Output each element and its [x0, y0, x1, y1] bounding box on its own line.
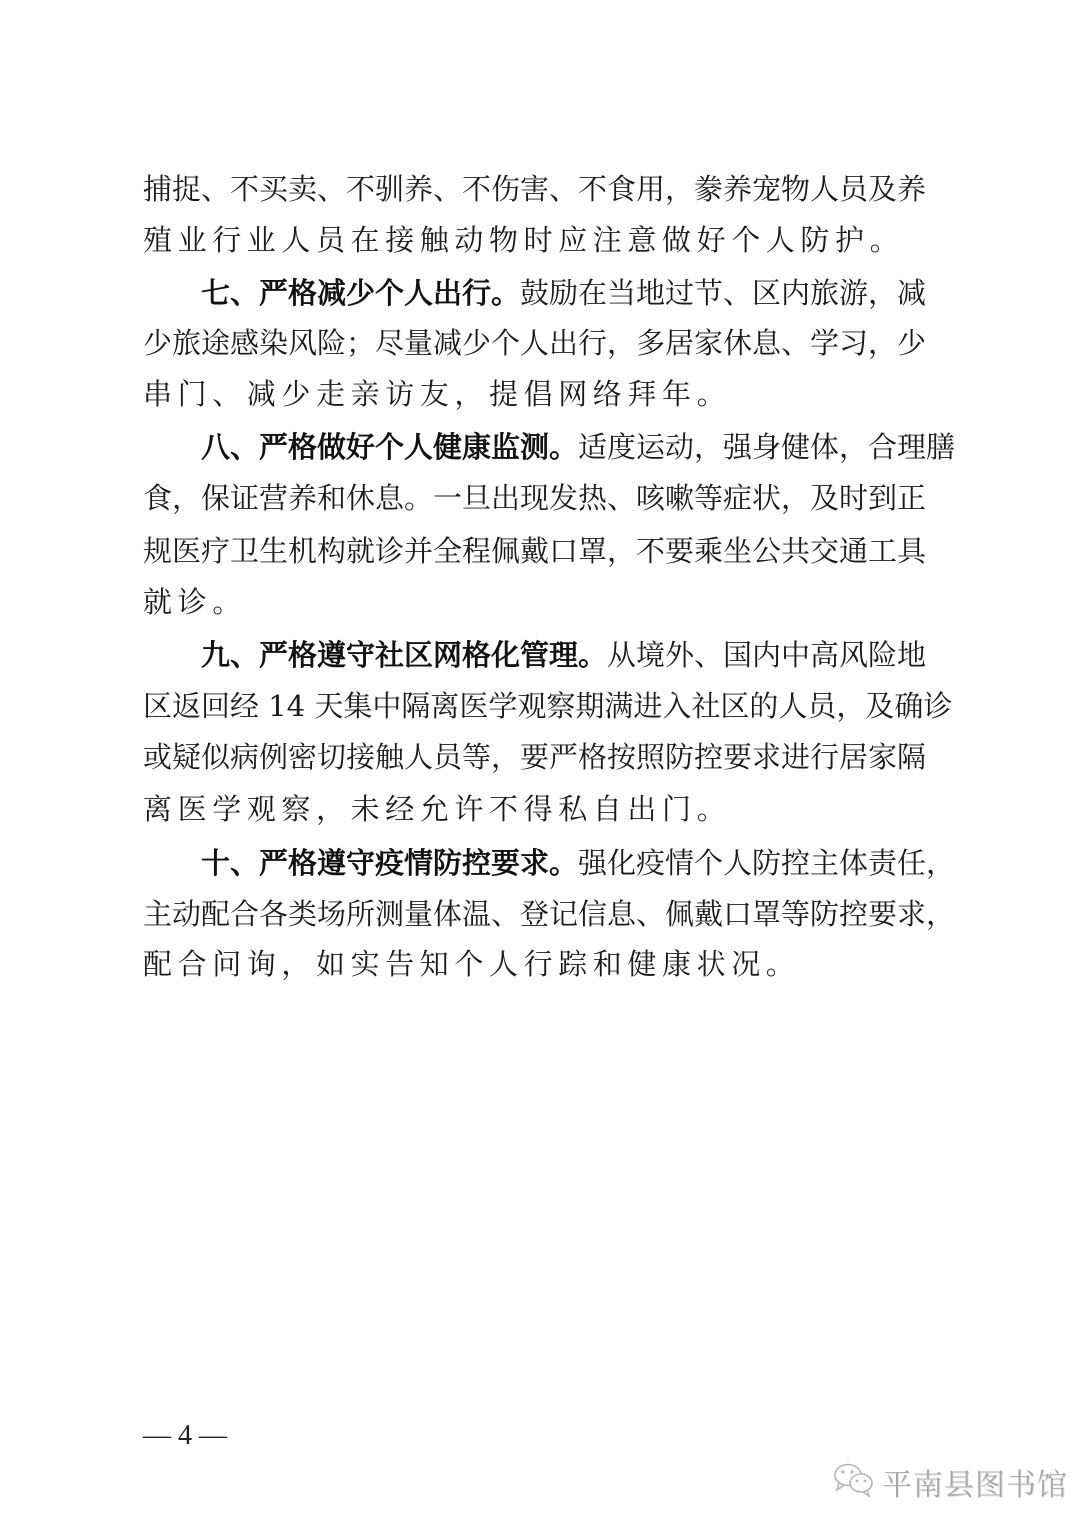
paragraph-line: 串门、减少走亲访友，提倡网络拜年。 [143, 374, 938, 414]
paragraph-line: 就诊。 [143, 582, 938, 622]
section-heading-line: 九、严格遵守社区网格化管理。从境外、国内中高风险地 [201, 635, 938, 675]
line-text: 少旅途感染风险；尽量减少个人出行，多居家休息、学习，少 [143, 326, 926, 360]
line-text: 鼓励在当地过节、区内旅游，减 [520, 276, 926, 310]
wechat-icon [832, 1461, 876, 1503]
line-text: 就诊。 [143, 585, 247, 619]
paragraph-line: 捕捉、不买卖、不驯养、不伤害、不食用，豢养宠物人员及养 [143, 169, 938, 209]
paragraph-line: 殖业行业人员在接触动物时应注意做好个人防护。 [143, 220, 938, 260]
paragraph-line: 主动配合各类场所测量体温、登记信息、佩戴口罩等防控要求， [143, 894, 938, 934]
section-heading-line: 十、严格遵守疫情防控要求。强化疫情个人防控主体责任， [201, 843, 938, 883]
line-text: 捕捉、不买卖、不驯养、不伤害、不食用，豢养宠物人员及养 [143, 172, 926, 206]
line-text: 区返回经 14 天集中隔离医学观察期满进入社区的人员，及确诊 [143, 689, 952, 723]
section-heading-line: 八、严格做好个人健康监测。适度运动，强身健体，合理膳 [201, 427, 938, 467]
watermark: 平南县图书馆 [832, 1462, 1068, 1502]
section-heading: 八、严格做好个人健康监测。 [201, 430, 578, 464]
line-text: 主动配合各类场所测量体温、登记信息、佩戴口罩等防控要求， [143, 897, 955, 931]
line-text: 或疑似病例密切接触人员等，要严格按照防控要求进行居家隔 [143, 740, 926, 774]
line-text: 食，保证营养和休息。一旦出现发热、咳嗽等症状，及时到正 [143, 481, 926, 515]
page-number: — 4 — [143, 1418, 227, 1454]
paragraph-line: 少旅途感染风险；尽量减少个人出行，多居家休息、学习，少 [143, 323, 938, 363]
paragraph-line: 离医学观察，未经允许不得私自出门。 [143, 789, 938, 829]
paragraph-line: 食，保证营养和休息。一旦出现发热、咳嗽等症状，及时到正 [143, 478, 938, 518]
line-text: 规医疗卫生机构就诊并全程佩戴口罩，不要乘坐公共交通工具 [143, 534, 926, 568]
line-text: 从境外、国内中高风险地 [607, 638, 926, 672]
line-text: 强化疫情个人防控主体责任， [578, 846, 955, 880]
section-heading: 七、严格减少个人出行。 [201, 276, 520, 310]
paragraph-line: 区返回经 14 天集中隔离医学观察期满进入社区的人员，及确诊 [143, 686, 938, 726]
line-text: 配合问询，如实告知个人行踪和健康状况。 [143, 947, 800, 981]
watermark-text: 平南县图书馆 [882, 1460, 1068, 1504]
paragraph-line: 规医疗卫生机构就诊并全程佩戴口罩，不要乘坐公共交通工具 [143, 531, 938, 571]
paragraph-line: 配合问询，如实告知个人行踪和健康状况。 [143, 944, 938, 984]
line-text: 串门、减少走亲访友，提倡网络拜年。 [143, 377, 731, 411]
document-page: 捕捉、不买卖、不驯养、不伤害、不食用，豢养宠物人员及养殖业行业人员在接触动物时应… [0, 0, 1080, 1528]
paragraph-line: 或疑似病例密切接触人员等，要严格按照防控要求进行居家隔 [143, 737, 938, 777]
line-text: 殖业行业人员在接触动物时应注意做好个人防护。 [143, 223, 904, 257]
line-text: 适度运动，强身健体，合理膳 [578, 430, 955, 464]
section-heading: 十、严格遵守疫情防控要求。 [201, 846, 578, 880]
section-heading-line: 七、严格减少个人出行。鼓励在当地过节、区内旅游，减 [201, 273, 938, 313]
line-text: 离医学观察，未经允许不得私自出门。 [143, 792, 731, 826]
section-heading: 九、严格遵守社区网格化管理。 [201, 638, 607, 672]
